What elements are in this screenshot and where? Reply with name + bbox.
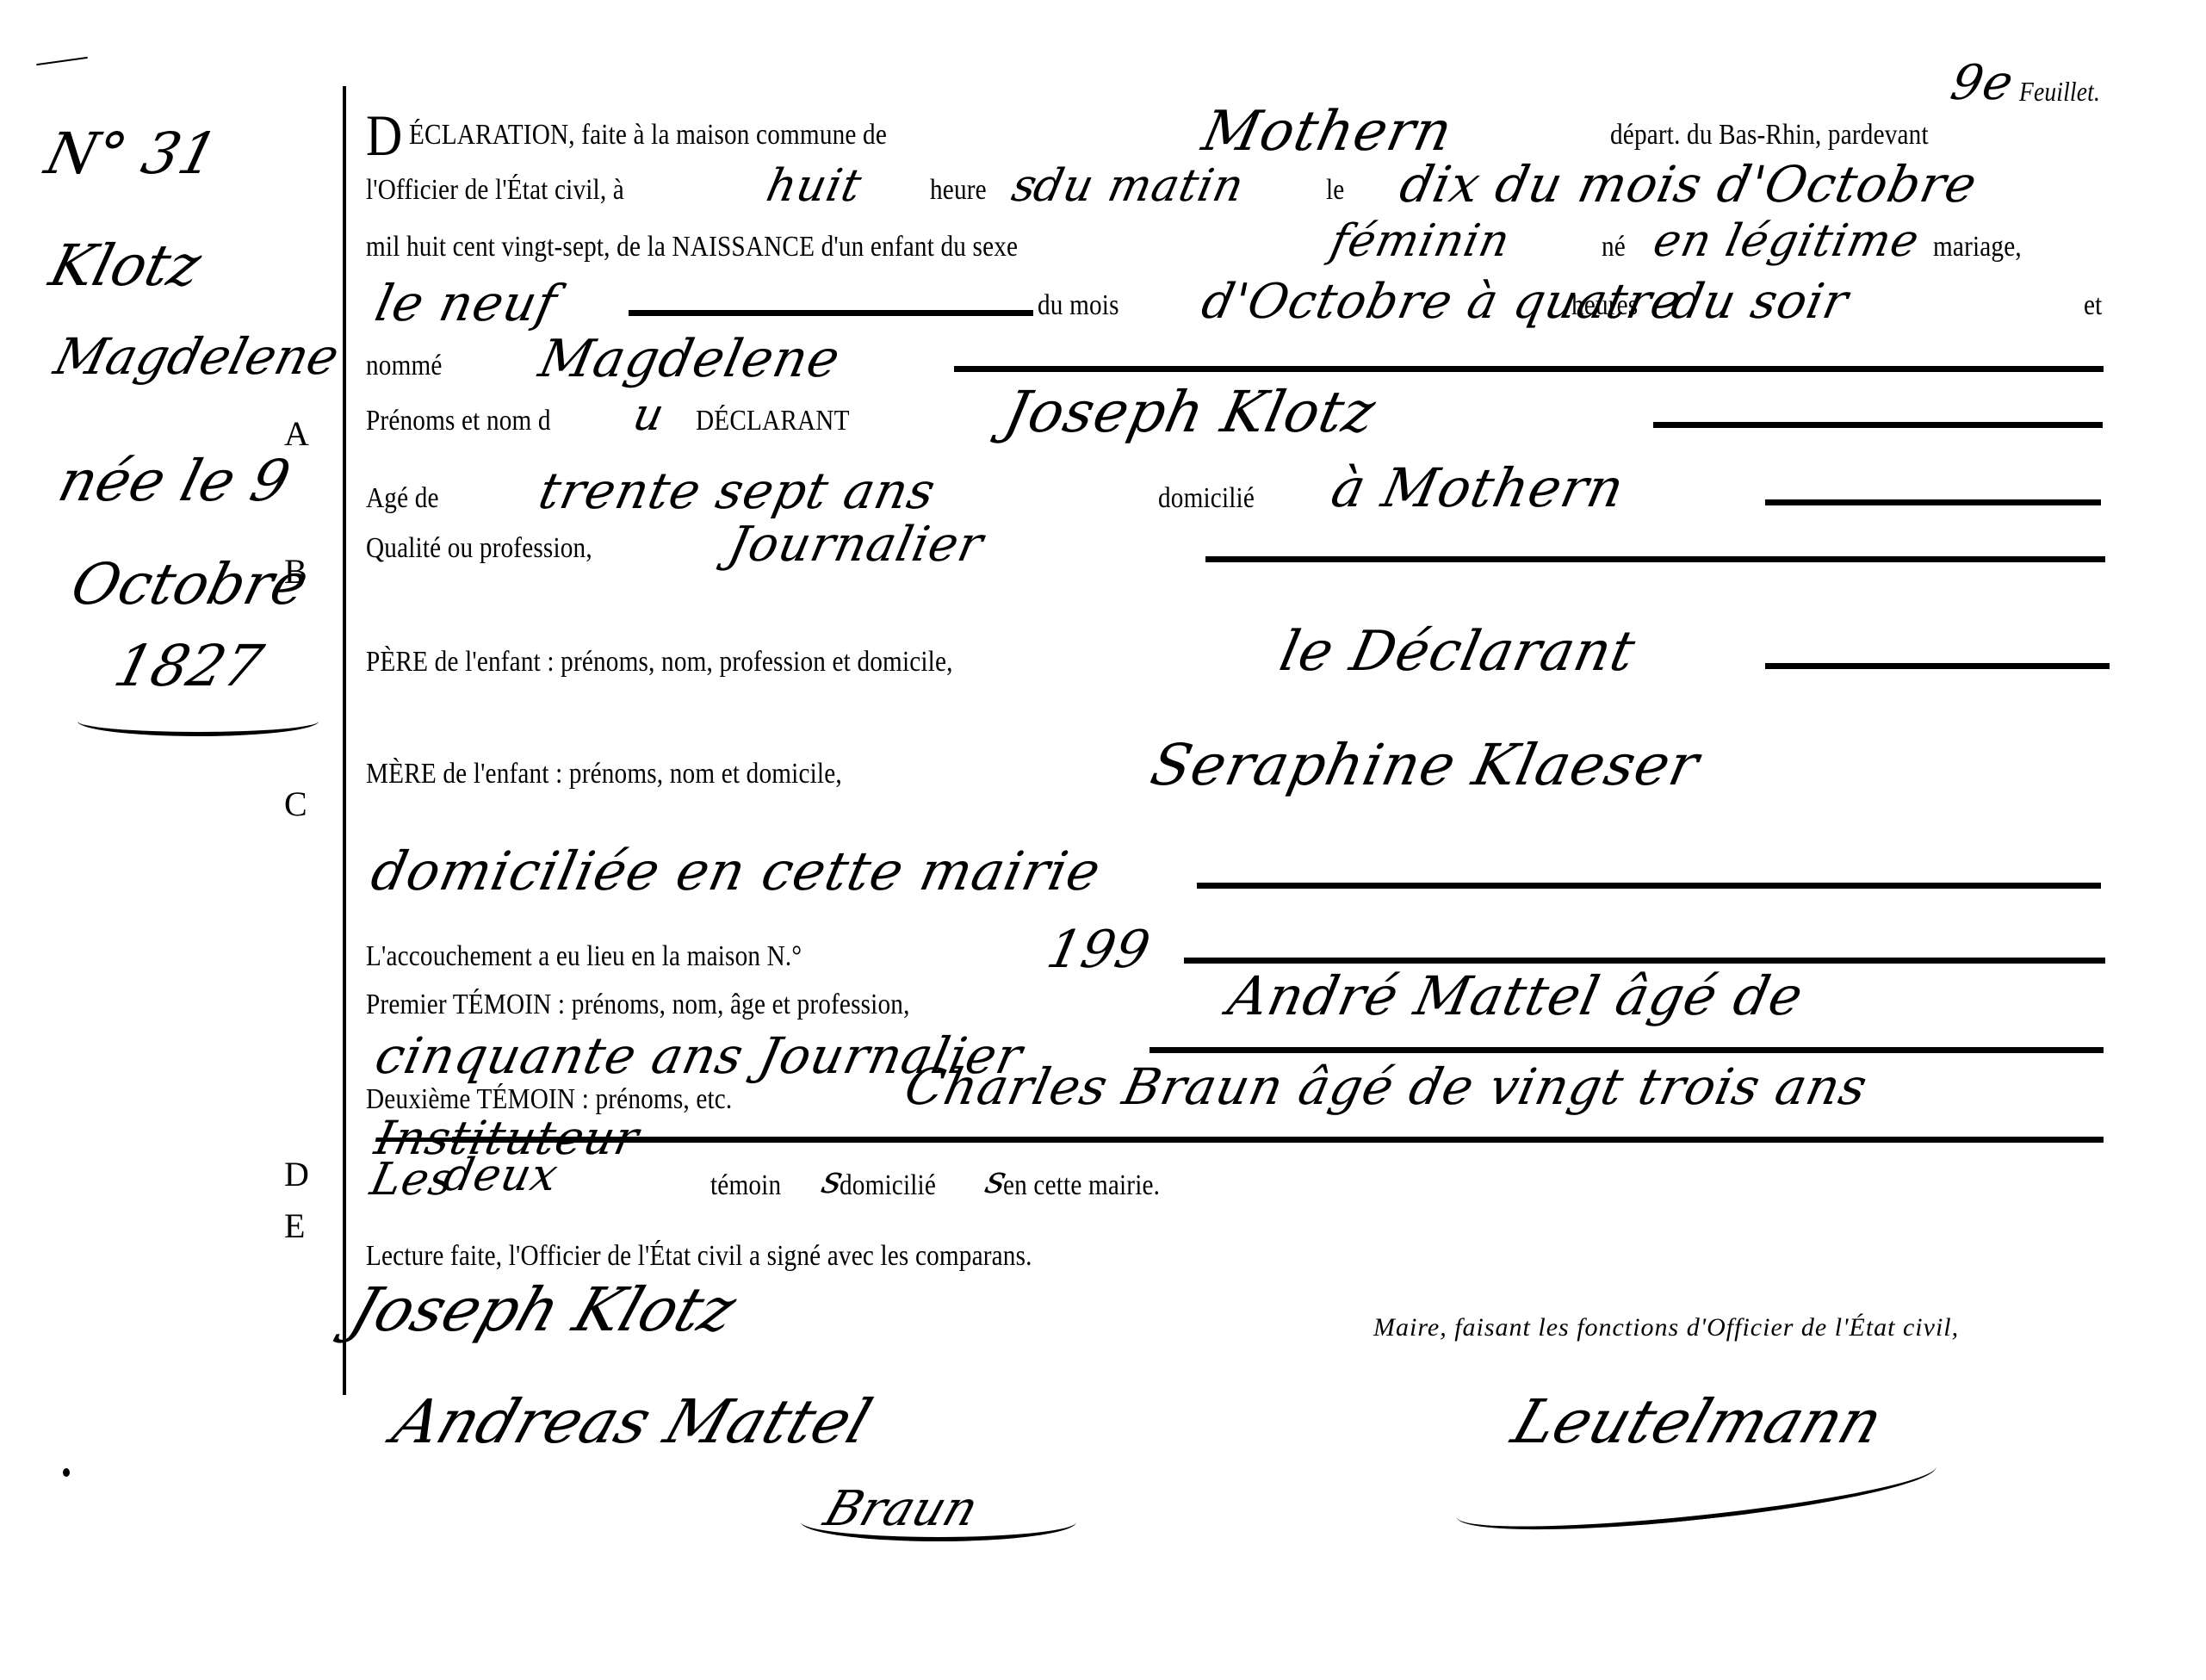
le-text: le [1326,174,1344,207]
hand-commune: Mothern [1197,100,1458,164]
department-text: départ. du Bas-Rhin, pardevant [1610,119,1929,152]
age-label: Agé de [366,482,439,515]
witnesses-text-c: en cette mairie. [1003,1169,1160,1202]
sheet-number: 9e [1946,55,2019,111]
hand-declarant-name: Joseph Klotz [999,379,1382,445]
hand-witness2: Charles Braun âgé de vingt trois ans [900,1057,1873,1116]
margin-flourish [77,706,319,736]
stray-dot [63,1468,70,1477]
rule-line11 [1197,883,2101,889]
margin-surname: Klotz [43,232,208,299]
section-letter-a: A [284,413,309,454]
section-letter-e: E [284,1206,305,1246]
hand-age: trente sept ans [534,462,941,520]
hand-legitimacy: en légitime [1649,215,1924,267]
declaration-heading: ÉCLARATION, faite à la maison commune de [409,119,887,152]
nomme-text: nommé [366,350,443,382]
hand-father: le Déclarant [1274,620,1641,684]
margin-entry-number: N° 31 [39,121,224,187]
mayor-caption: Maire, faisant les fonctions d'Officier … [1373,1313,1959,1342]
hand-time-of-day: du matin [1029,160,1249,212]
signature-witness1: Andreas Mattel [385,1386,880,1457]
section-letter-c: C [284,784,307,824]
heure-text: heure [930,174,987,207]
section-letter-d: D [284,1154,309,1194]
sheet-label: Feuillet. [2019,76,2100,108]
witness2-flourish [801,1503,1076,1541]
rule-line16 [452,1137,2104,1143]
hand-declaration-date: dix du mois d'Octobre [1395,155,1982,214]
rule-line7 [1765,499,2101,505]
mariage-text: mariage, [1933,231,2022,263]
father-label: PÈRE de l'enfant : prénoms, nom, profess… [366,646,953,679]
ne-text: né [1602,231,1626,263]
domicilie-label: domicilié [1158,482,1255,515]
margin-year: 1827 [108,633,269,699]
witness1-label: Premier TÉMOIN : prénoms, nom, âge et pr… [366,989,910,1021]
declaration-initial: D [366,102,402,170]
hand-house-number: 199 [1042,920,1156,980]
margin-born-line: née le 9 [52,448,296,514]
rule-line6 [1653,422,2103,428]
section-letter-b: B [284,551,307,592]
rule-line14 [1149,1047,2104,1053]
rule-line5 [954,366,2104,372]
hand-profession: Journalier [723,517,988,573]
house-label: L'accouchement a eu lieu en la maison N.… [366,940,802,973]
heures-text: heures [1571,289,1638,322]
blank-rule [629,310,1033,316]
declarant-label: Prénoms et nom d [366,405,551,437]
margin-given-name: Magdelene [49,327,345,386]
hand-mother: Seraphine Klaeser [1145,732,1705,798]
et-text: et [2084,289,2102,322]
margin-rule [343,86,346,1395]
margin-month: Octobre [65,551,313,617]
hand-u: u [629,389,669,441]
signature-declarant: Joseph Klotz [342,1274,745,1345]
hand-child-name: Magdelene [534,329,846,389]
witnesses-text-b: domicilié [840,1169,936,1202]
hand-witness1: André Mattel âgé de [1223,964,1809,1027]
witnesses-text-a: témoin [710,1169,781,1202]
hand-birth-day: le neuf [370,274,562,332]
hand-sex: féminin [1326,215,1515,267]
du-mois-text: du mois [1038,289,1119,322]
hand-deux: deux [439,1150,563,1201]
hand-mother-domicile: domiciliée en cette mairie [366,840,1106,902]
stray-mark [36,57,88,65]
profession-label: Qualité ou profession, [366,532,592,565]
hand-evening: du soir [1666,274,1854,330]
rule-line12 [1184,958,2105,964]
year-birth-text: mil huit cent vingt-sept, de la NAISSANC… [366,231,1018,263]
rule-line8 [1205,556,2105,562]
declarant-caps: DÉCLARANT [696,405,850,437]
hand-domicile: à Mothern [1326,456,1630,519]
mother-label: MÈRE de l'enfant : prénoms, nom et domic… [366,758,842,790]
signature-mayor: Leutelmann [1504,1386,1892,1457]
hand-hour: huit [762,160,866,212]
officer-text: l'Officier de l'État civil, à [366,174,624,207]
rule-line9 [1765,663,2110,669]
reading-statement: Lecture faite, l'Officier de l'État civi… [366,1240,1032,1273]
